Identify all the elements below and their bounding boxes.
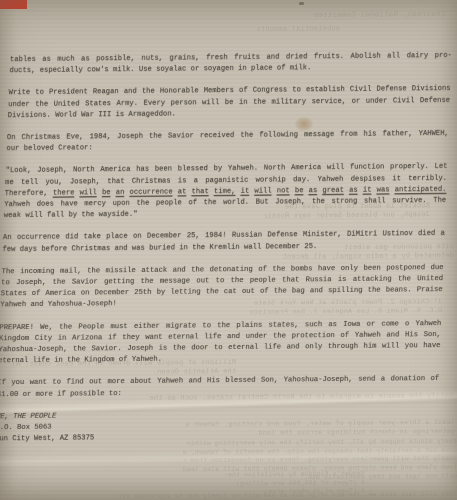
underlined-word: as <box>349 186 358 194</box>
typed-paragraph: PREPARE! We, the People must either migr… <box>0 319 441 368</box>
typed-paragraph: "Look, Joseph, North America has been bl… <box>3 162 447 222</box>
underlined-word: will <box>79 189 97 197</box>
paper-crease <box>0 445 457 469</box>
bleed-through-text: Yahweh's Kingdom by invitation the:4 (Ty… <box>215 470 365 497</box>
underlined-word: at <box>178 188 187 196</box>
typed-paragraph: The incoming mail, the missile attack an… <box>0 263 444 312</box>
bleed-through-text: they sold last both we, the mid of it an… <box>100 490 457 500</box>
underlined-word: that <box>191 188 209 196</box>
underlined-word: be <box>102 189 111 197</box>
red-corner-mark <box>0 0 27 9</box>
typed-paragraph: On Christmas Eve, 1984, Joseph the Savio… <box>6 129 449 156</box>
bleed-through-text: every minute happen by all, they certify… <box>183 438 457 484</box>
underlined-word: time, <box>214 188 236 196</box>
underlined-word: not <box>277 187 290 195</box>
underlined-word: be <box>295 187 304 195</box>
underlined-word: was <box>376 186 389 194</box>
underlined-word: will <box>254 187 272 195</box>
underlined-word: there <box>53 189 75 197</box>
typed-paragraph: tables as much as possible, nuts, grains… <box>9 51 452 78</box>
scanned-document-page: Chairman, National Committeesubstantial … <box>0 0 457 500</box>
underlined-word: great <box>322 187 344 195</box>
paper-speck <box>299 2 304 5</box>
underlined-word: as <box>308 187 317 195</box>
underlined-word: an <box>116 189 125 197</box>
underlined-word: it <box>363 186 372 194</box>
bleed-through-text: substantial amounts <box>200 25 340 36</box>
address-block: WE, THE PEOPLEP.O. Box 5063Sun City West… <box>0 408 438 446</box>
typed-text: tables as much as possible, nuts, grains… <box>0 51 452 446</box>
bleed-through-text: Chairman, National Committee <box>200 10 445 22</box>
underlined-word: occurrence <box>129 188 172 196</box>
typed-paragraph: Write to President Reagan and the Honora… <box>7 84 450 122</box>
typed-paragraph: An occurrence did take place on December… <box>2 229 445 256</box>
underlined-word: it <box>240 188 249 196</box>
underlined-word: anticipated. <box>394 186 446 195</box>
typed-line-plain-part: Therefore, <box>4 189 53 197</box>
typed-paragraph: If you want to find out more about Yahwe… <box>0 374 439 401</box>
